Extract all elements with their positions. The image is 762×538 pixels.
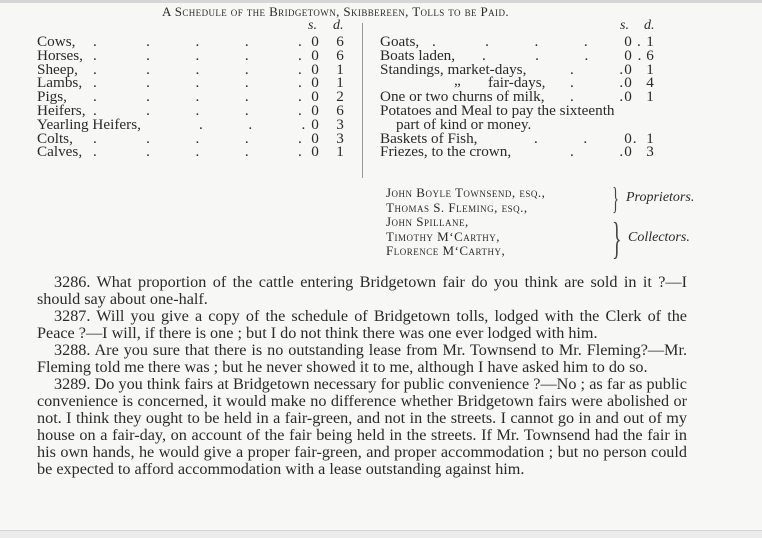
shillings-value: 0 xyxy=(309,145,321,159)
collector-name: Florence M‘Carthy, xyxy=(386,244,545,259)
officials-list: John Boyle Townsend, esq., Thomas S. Fle… xyxy=(386,186,545,259)
right-shillings-header: s. xyxy=(620,18,629,34)
question-text: Will you give a copy of the schedule of … xyxy=(37,307,687,342)
left-shillings-header: s. xyxy=(308,18,317,34)
question-number: 3288. xyxy=(54,341,90,359)
leader-dots: . . xyxy=(570,145,623,159)
document-page: A Schedule of the Bridgetown, Skibbereen… xyxy=(0,0,762,530)
proprietors-brace: } xyxy=(612,180,619,217)
pence-value: 1 xyxy=(644,90,656,104)
column-divider xyxy=(362,23,363,178)
collectors-brace: } xyxy=(612,213,622,264)
proprietor-name: Thomas S. Fleming, esq., xyxy=(386,201,545,216)
testimony-text: 3286. What proportion of the cattle ente… xyxy=(37,274,687,478)
shillings-value: 0 xyxy=(622,145,634,159)
question-text: Are you sure that there is no outstandin… xyxy=(37,341,687,376)
toll-item-label: Friezes, to the crown, xyxy=(380,145,511,159)
testimony-paragraph: 3286. What proportion of the cattle ente… xyxy=(37,274,687,308)
pence-value: 1 xyxy=(334,145,346,159)
toll-row: Friezes, to the crown, . . 0 3 xyxy=(380,145,710,159)
title-prefix: A xyxy=(162,4,171,19)
leader-dots: . . . . . xyxy=(93,145,302,159)
schedule-right-column: Goats, . . . . . 0 1 Boats laden, . . . … xyxy=(380,35,710,159)
collectors-label: Collectors. xyxy=(628,230,690,246)
proprietor-name: John Boyle Townsend, esq., xyxy=(386,186,545,201)
toll-item-label: Calves, xyxy=(37,145,82,159)
testimony-paragraph: 3287. Will you give a copy of the schedu… xyxy=(37,308,687,342)
toll-row: Standings, market-days, . . 0 1 xyxy=(380,63,710,77)
pence-value: 3 xyxy=(644,145,656,159)
question-number: 3289. xyxy=(54,375,90,393)
bottom-edge xyxy=(0,530,762,538)
question-number: 3286. xyxy=(54,273,90,291)
shillings-value: 0 xyxy=(622,90,634,104)
toll-row: Calves, . . . . . 0 1 xyxy=(37,145,377,159)
question-text: What proportion of the cattle entering B… xyxy=(37,273,687,308)
ditto-mark: „ xyxy=(454,74,461,88)
left-pence-header: d. xyxy=(333,18,344,34)
testimony-paragraph: 3288. Are you sure that there is no outs… xyxy=(37,342,687,376)
question-number: 3287. xyxy=(54,307,90,325)
proprietors-label: Proprietors. xyxy=(626,190,694,206)
title-text: Schedule of the Bridgetown, Skibbereen, … xyxy=(175,4,509,19)
collector-name: John Spillane, xyxy=(386,215,545,230)
testimony-paragraph: 3289. Do you think fairs at Bridgetown n… xyxy=(37,376,687,478)
right-pence-header: d. xyxy=(644,18,655,34)
schedule-left-column: Cows, . . . . . 0 6 Horses, . . . . . 0 … xyxy=(37,35,377,159)
collector-name: Timothy M‘Carthy, xyxy=(386,230,545,245)
question-text: Do you think fairs at Bridgetown necessa… xyxy=(37,375,687,478)
